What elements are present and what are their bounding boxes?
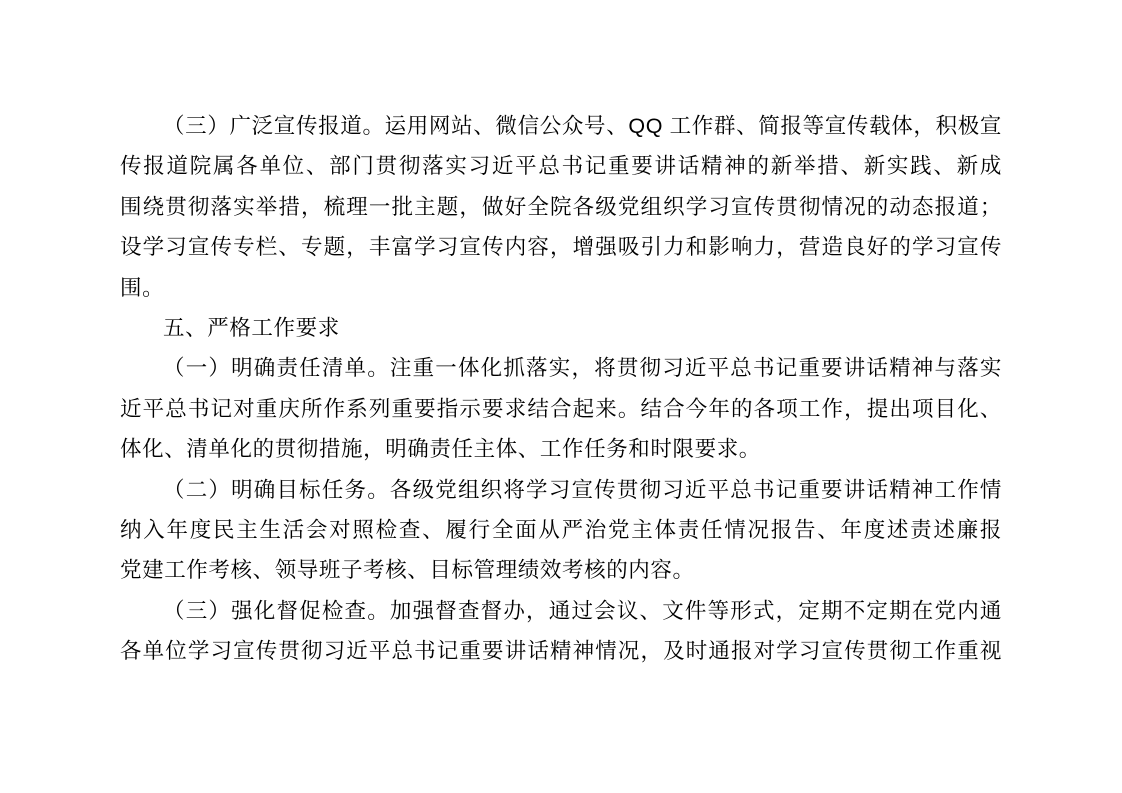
item-1-line-1: （一）明确责任清单。注重一体化抓落实，将贯彻习近平总书记重要讲话精神与落实习 <box>120 348 1002 388</box>
item-1-line-2: 近平总书记对重庆所作系列重要指示要求结合起来。结合今年的各项工作，提出项目化、具 <box>120 389 1002 429</box>
paragraph-3-line-4: 设学习宣传专栏、专题，丰富学习宣传内容，增强吸引力和影响力，营造良好的学习宣传氛 <box>120 227 1002 267</box>
paragraph-3-line-1: （三）广泛宣传报道。运用网站、微信公众号、QQ 工作群、简报等宣传载体，积极宣 <box>120 106 1002 146</box>
paragraph-3-line-5: 围。 <box>120 268 1002 308</box>
item-3-line-1: （三）强化督促检查。加强督查督办，通过会议、文件等形式，定期不定期在党内通报 <box>120 591 1002 631</box>
section-heading: 五、严格工作要求 <box>120 308 1002 348</box>
item-2-line-2: 纳入年度民主生活会对照检查、履行全面从严治党主体责任情况报告、年度述责述廉报告、 <box>120 510 1002 550</box>
paragraph-3-line-3: 围绕贯彻落实举措，梳理一批主题，做好全院各级党组织学习宣传贯彻情况的动态报道；开 <box>120 187 1002 227</box>
item-1-line-3: 体化、清单化的贯彻措施，明确责任主体、工作任务和时限要求。 <box>120 429 1002 469</box>
item-2-line-1: （二）明确目标任务。各级党组织将学习宣传贯彻习近平总书记重要讲话精神工作情况 <box>120 470 1002 510</box>
item-2-line-3: 党建工作考核、领导班子考核、目标管理绩效考核的内容。 <box>120 550 1002 590</box>
item-3-line-2: 各单位学习宣传贯彻习近平总书记重要讲话精神情况，及时通报对学习宣传贯彻工作重视不 <box>120 631 1002 671</box>
paragraph-3-line-2: 传报道院属各单位、部门贯彻落实习近平总书记重要讲话精神的新举措、新实践、新成效； <box>120 146 1002 186</box>
document-page: （三）广泛宣传报道。运用网站、微信公众号、QQ 工作群、简报等宣传载体，积极宣 … <box>0 0 1122 793</box>
document-body: （三）广泛宣传报道。运用网站、微信公众号、QQ 工作群、简报等宣传载体，积极宣 … <box>120 106 1002 671</box>
